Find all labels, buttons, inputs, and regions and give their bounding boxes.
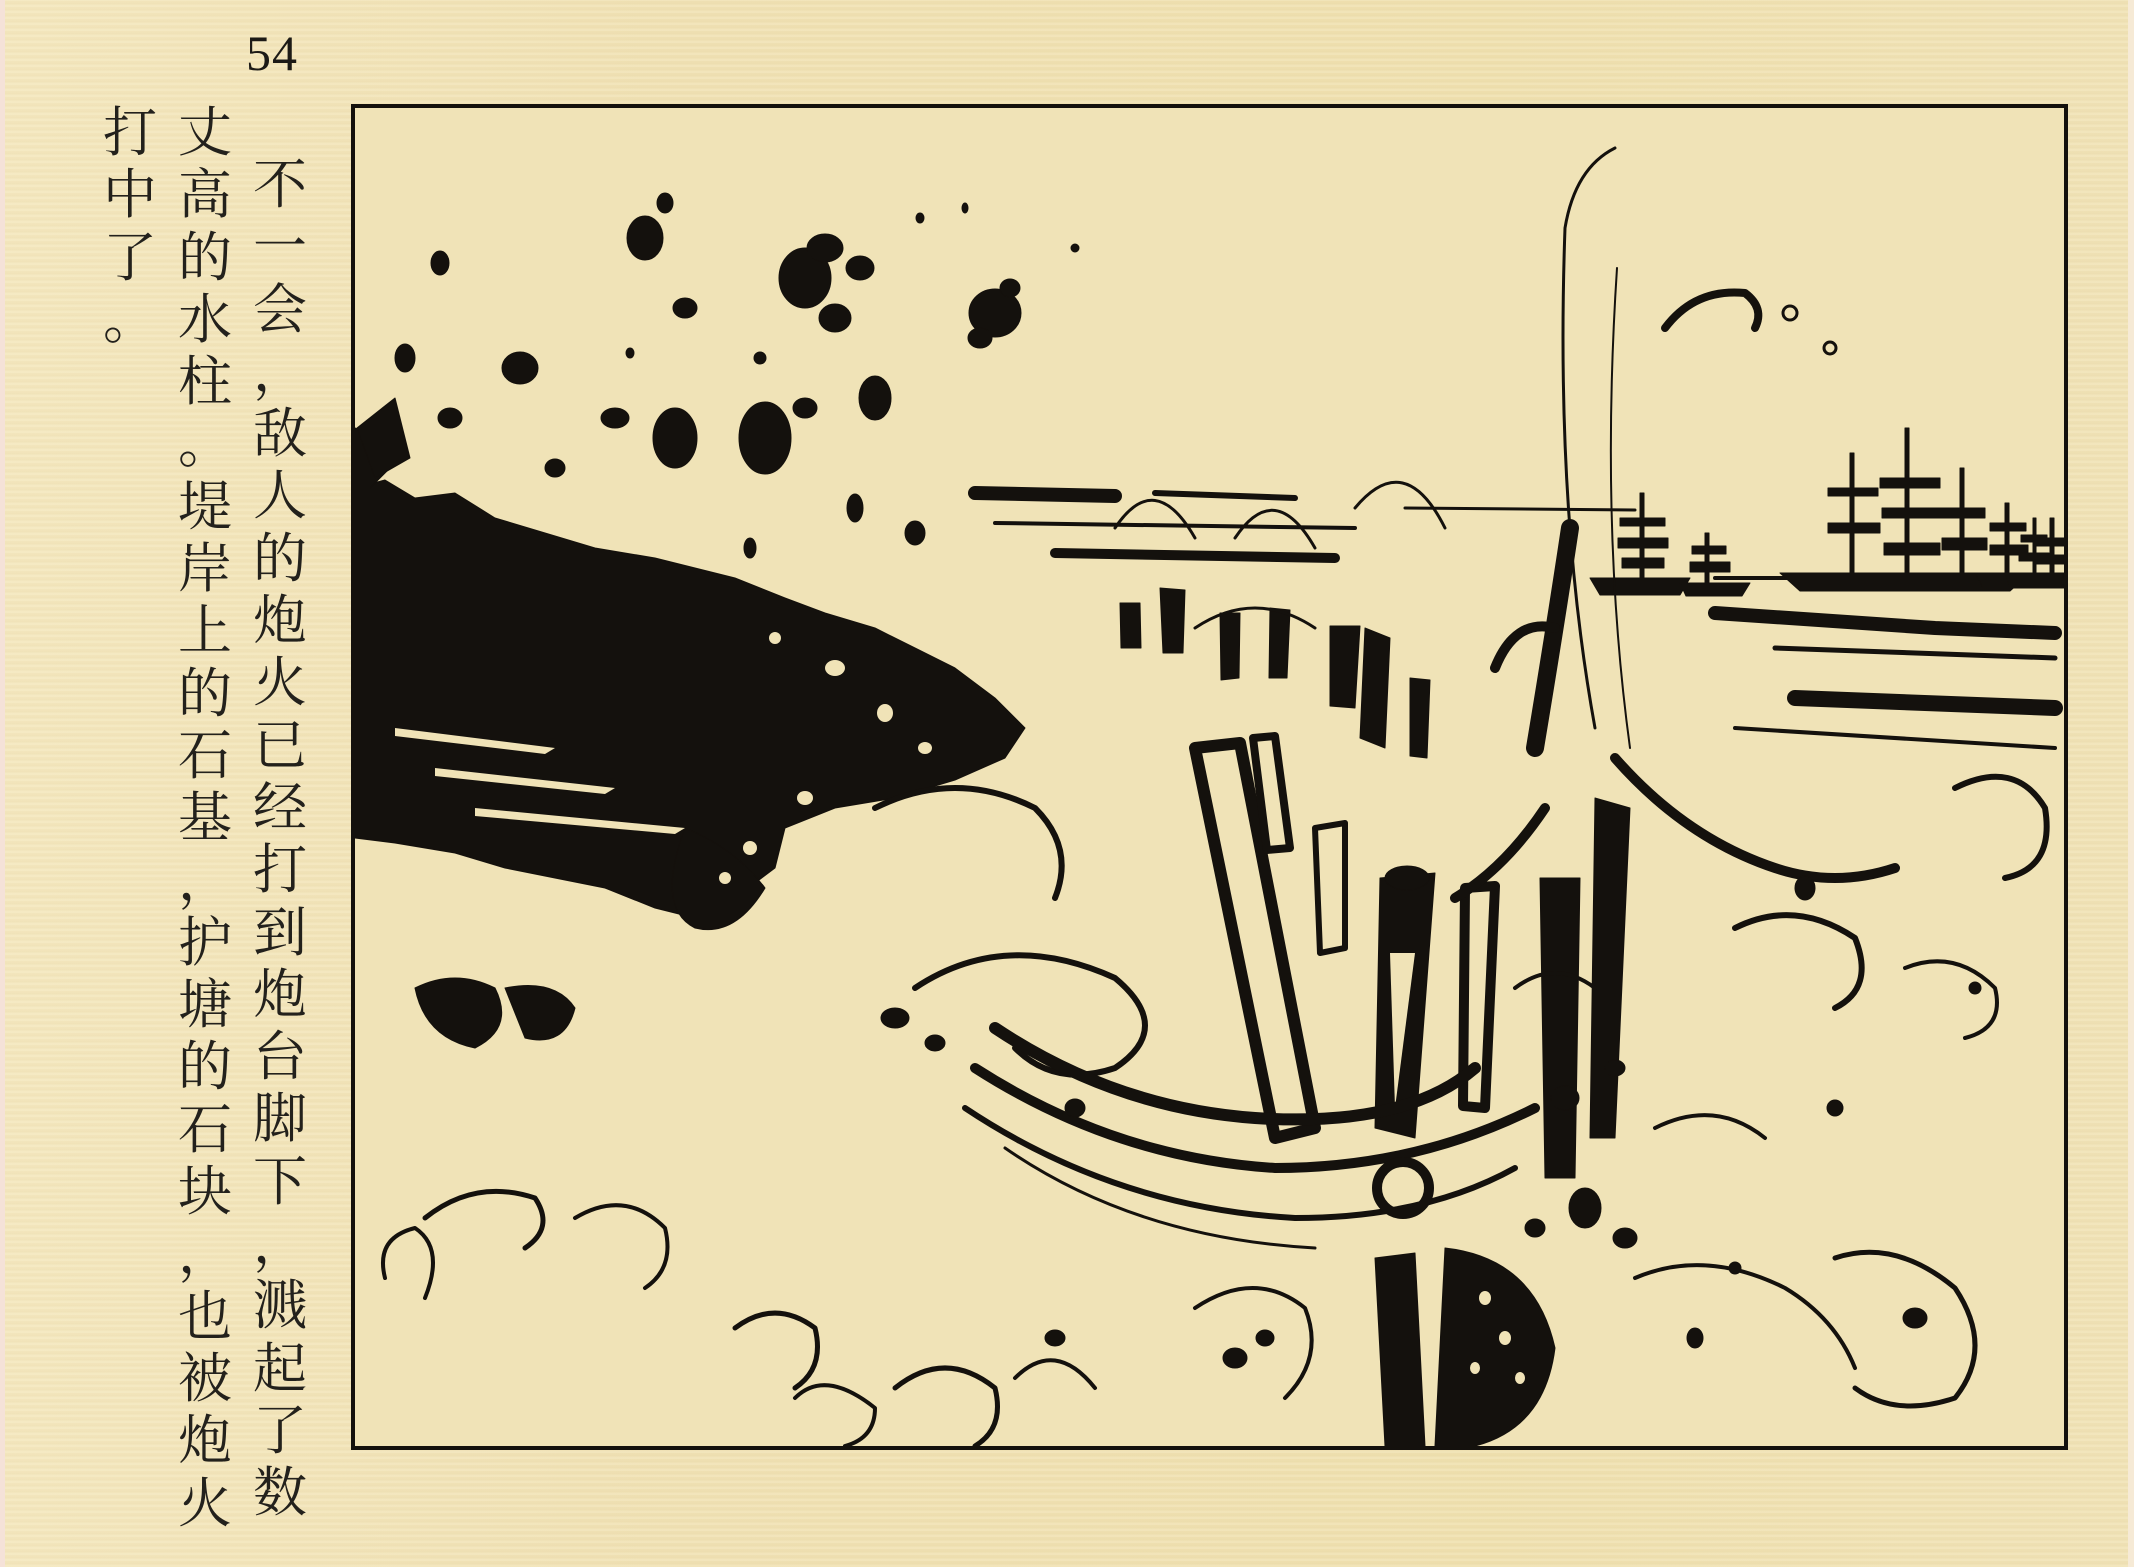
caption-char: ， [250, 341, 310, 403]
caption-char: 一 [250, 216, 310, 278]
caption-char: 到 [250, 902, 310, 964]
caption-char: 打 [100, 102, 160, 164]
caption-char: 火 [175, 1473, 235, 1535]
caption-char: 高 [175, 164, 235, 226]
caption-char: 石 [175, 1099, 235, 1161]
caption-char: 打 [250, 839, 310, 901]
caption-char: 不 [250, 154, 310, 216]
caption-char: 炮 [175, 1410, 235, 1472]
caption-char: 了 [250, 1400, 310, 1462]
caption-column-3: 打中了。 [100, 102, 160, 351]
caption-char: ， [175, 850, 235, 912]
caption-char: 。 [100, 289, 160, 351]
caption-char: 被 [175, 1348, 235, 1410]
caption-char: 柱 [175, 351, 235, 413]
caption-char: 的 [250, 528, 310, 590]
broken-pilings [1120, 588, 1630, 1446]
caption-char: 了 [100, 227, 160, 289]
caption-char: ， [175, 1223, 235, 1285]
caption-char: 塘 [175, 974, 235, 1036]
caption-char: 上 [175, 600, 235, 662]
caption-char: 基 [175, 787, 235, 849]
caption-char: 块 [175, 1161, 235, 1223]
caption-char: 。 [175, 413, 235, 475]
caption-char: 台 [250, 1026, 310, 1088]
caption-char: 炮 [250, 964, 310, 1026]
caption-char: 起 [250, 1338, 310, 1400]
caption-char: 的 [175, 1036, 235, 1098]
caption-char: 的 [175, 663, 235, 725]
page-edge-left [0, 0, 5, 1567]
caption-char: 也 [175, 1286, 235, 1348]
page-number: 54 [246, 24, 298, 82]
caption-char: 堤 [175, 476, 235, 538]
page-edge-right [2128, 0, 2134, 1567]
caption-char: 护 [175, 912, 235, 974]
caption-char: ， [250, 1213, 310, 1275]
caption-char: 火 [250, 652, 310, 714]
caption-char: 石 [175, 725, 235, 787]
caption-char: 经 [250, 777, 310, 839]
caption-char: 炮 [250, 590, 310, 652]
caption-char: 中 [100, 164, 160, 226]
wave-foam [881, 876, 1981, 1368]
warships-fleet [1590, 428, 2064, 596]
caption-char: 数 [250, 1462, 310, 1524]
caption-char: 人 [250, 465, 310, 527]
caption-char: 敌 [250, 403, 310, 465]
caption-char: 丈 [175, 102, 235, 164]
caption-char: 水 [175, 289, 235, 351]
illustration-frame [351, 104, 2068, 1450]
caption-column-2: 丈高的水柱。堤岸上的石基，护塘的石块，也被炮火 [175, 102, 235, 1535]
caption-char: 岸 [175, 538, 235, 600]
caption-char: 脚 [250, 1088, 310, 1150]
caption-char: 已 [250, 715, 310, 777]
caption-char: 溅 [250, 1275, 310, 1337]
caption-column-1: 不一会，敌人的炮火已经打到炮台脚下，溅起了数 [250, 154, 310, 1525]
caption-char: 会 [250, 279, 310, 341]
illustration [355, 108, 2064, 1446]
caption-char: 下 [250, 1151, 310, 1213]
caption-char: 的 [175, 227, 235, 289]
